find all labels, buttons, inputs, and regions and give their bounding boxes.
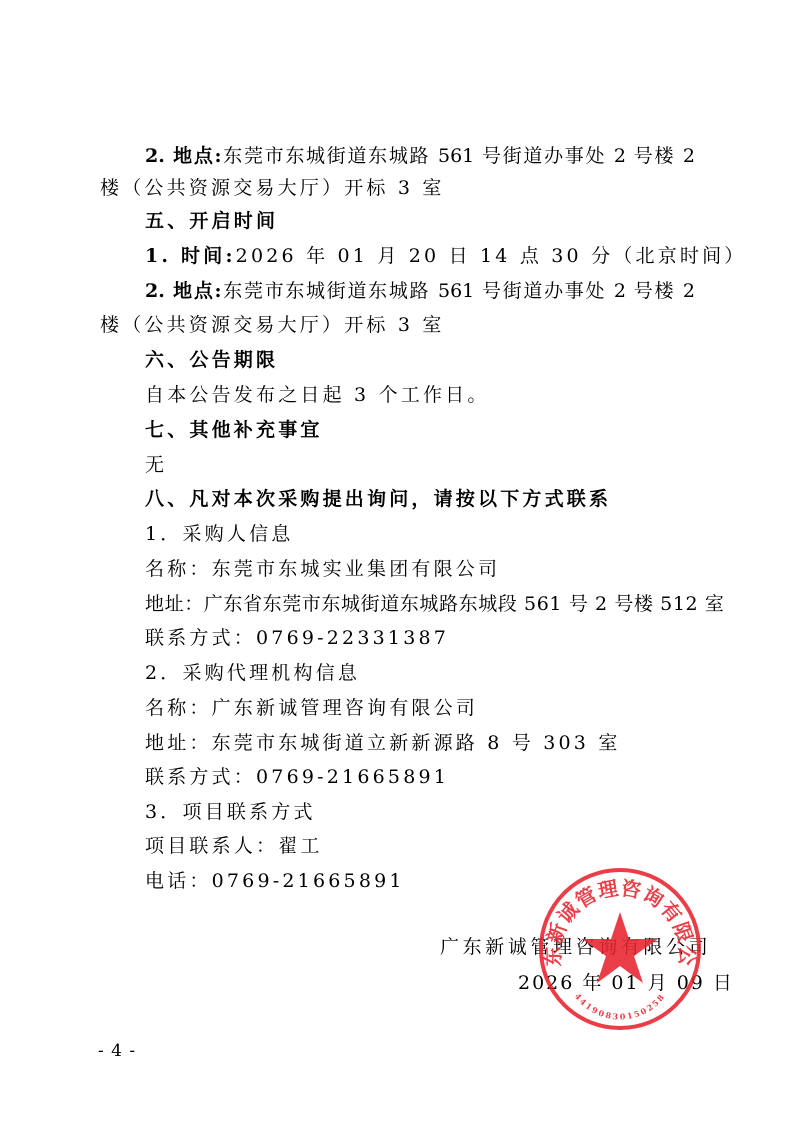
agency-address: 地址：东莞市东城街道立新新源路 8 号 303 室	[145, 726, 745, 760]
location-label: 2. 地点:	[145, 145, 222, 167]
page-number: - 4 -	[98, 1041, 136, 1061]
purchaser-address: 地址：广东省东莞市东城街道东城路东城段 561 号 2 号楼 512 室	[145, 587, 745, 621]
opening-time-line: 1. 时间:2026 年 01 月 20 日 14 点 30 分（北京时间）	[145, 239, 745, 273]
project-contact-heading: 3．项目联系方式	[145, 795, 745, 829]
time-text: 2026 年 01 月 20 日 14 点 30 分（北京时间）	[236, 245, 747, 267]
other-matters-text: 无	[145, 448, 745, 482]
document-page: 2. 地点:东莞市东城街道东城路 561 号街道办事处 2 号楼 2 楼（公共资…	[0, 0, 793, 1122]
purchaser-phone: 联系方式：0769-22331387	[145, 621, 745, 655]
agency-phone: 联系方式：0769-21665891	[145, 760, 745, 794]
section-heading-notice-period: 六、公告期限	[145, 343, 745, 377]
agency-name: 名称：广东新诚管理咨询有限公司	[145, 691, 745, 725]
opening-location-continued: 楼（公共资源交易大厅）开标 3 室	[100, 308, 700, 342]
project-contact-phone: 电话：0769-21665891	[145, 864, 745, 898]
agency-info-heading: 2．采购代理机构信息	[145, 656, 745, 690]
opening-location-line: 2. 地点:东莞市东城街道东城路 561 号街道办事处 2 号楼 2	[145, 274, 695, 308]
section-heading-contact: 八、凡对本次采购提出询问，请按以下方式联系	[145, 482, 745, 516]
section-heading-opening-time: 五、开启时间	[145, 204, 745, 238]
signature-company: 广东新诚管理咨询有限公司	[440, 930, 711, 964]
location-text: 东莞市东城街道东城路 561 号街道办事处 2 号楼 2	[222, 145, 695, 167]
project-contact-person: 项目联系人：翟工	[145, 829, 745, 863]
purchaser-info-heading: 1．采购人信息	[145, 517, 745, 551]
opening-location-text: 东莞市东城街道东城路 561 号街道办事处 2 号楼 2	[222, 280, 695, 302]
location-line: 2. 地点:东莞市东城街道东城路 561 号街道办事处 2 号楼 2	[145, 139, 695, 173]
location-line-continued: 楼（公共资源交易大厅）开标 3 室	[100, 171, 700, 205]
section-heading-other-matters: 七、其他补充事宜	[145, 413, 745, 447]
signature-date: 2026 年 01 月 09 日	[518, 966, 734, 1000]
notice-period-text: 自本公告发布之日起 3 个工作日。	[145, 378, 745, 412]
opening-location-label: 2. 地点:	[145, 280, 222, 302]
purchaser-name: 名称：东莞市东城实业集团有限公司	[145, 552, 745, 586]
time-label: 1. 时间:	[145, 245, 236, 267]
